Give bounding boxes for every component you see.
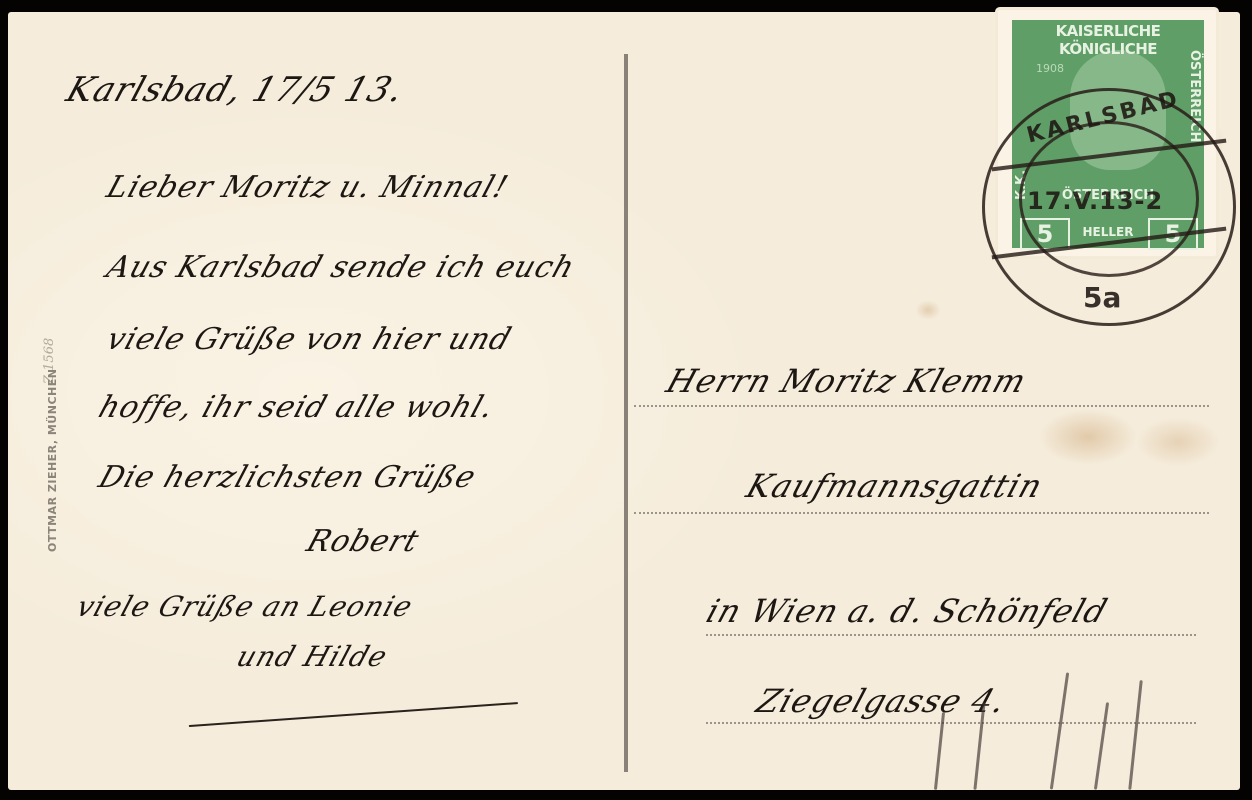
address-rule [634, 512, 1209, 514]
signature: Robert [302, 524, 423, 559]
address-line: Herrn Moritz Klemm [662, 362, 1032, 400]
signature-underline [189, 702, 518, 727]
address-rule [706, 722, 1196, 724]
address-rule [634, 405, 1209, 407]
address-line: in Wien a. d. Schönfeld [702, 592, 1113, 630]
address-line: Ziegelgasse 4. [752, 682, 1011, 720]
postscript-line: und Hilde [233, 640, 392, 673]
address-line: Kaufmannsgattin [742, 467, 1048, 505]
message-line: Aus Karlsbad sende ich euch [102, 250, 579, 285]
message-line: hoffe, ihr seid alle wohl. [94, 390, 499, 425]
message-line: viele Grüße von hier und [102, 322, 516, 357]
postmark-office: 5a [1083, 281, 1121, 314]
postscript-line: viele Grüße an Leonie [73, 590, 418, 623]
postmark: KARLSBAD 17.V.13-2 5a [982, 88, 1236, 326]
publisher-imprint: OTTMAR ZIEHER, MÜNCHEN [46, 369, 59, 552]
stamp-year: 1908 [1036, 62, 1064, 75]
cancel-mark [1094, 702, 1109, 790]
stamp-top-text: KAISERLICHE KÖNIGLICHE [1022, 22, 1194, 58]
postmark-date: 17.V.13-2 [1027, 187, 1163, 215]
message-line: Die herzlichsten Grüße [94, 460, 480, 495]
address-rule [706, 634, 1196, 636]
cancel-mark [1128, 680, 1142, 790]
center-divider [624, 54, 628, 772]
message-line: Lieber Moritz u. Minnal! [102, 170, 512, 205]
place-date: Karlsbad, 17/5 13. [62, 70, 410, 110]
cancel-mark [1050, 672, 1069, 789]
